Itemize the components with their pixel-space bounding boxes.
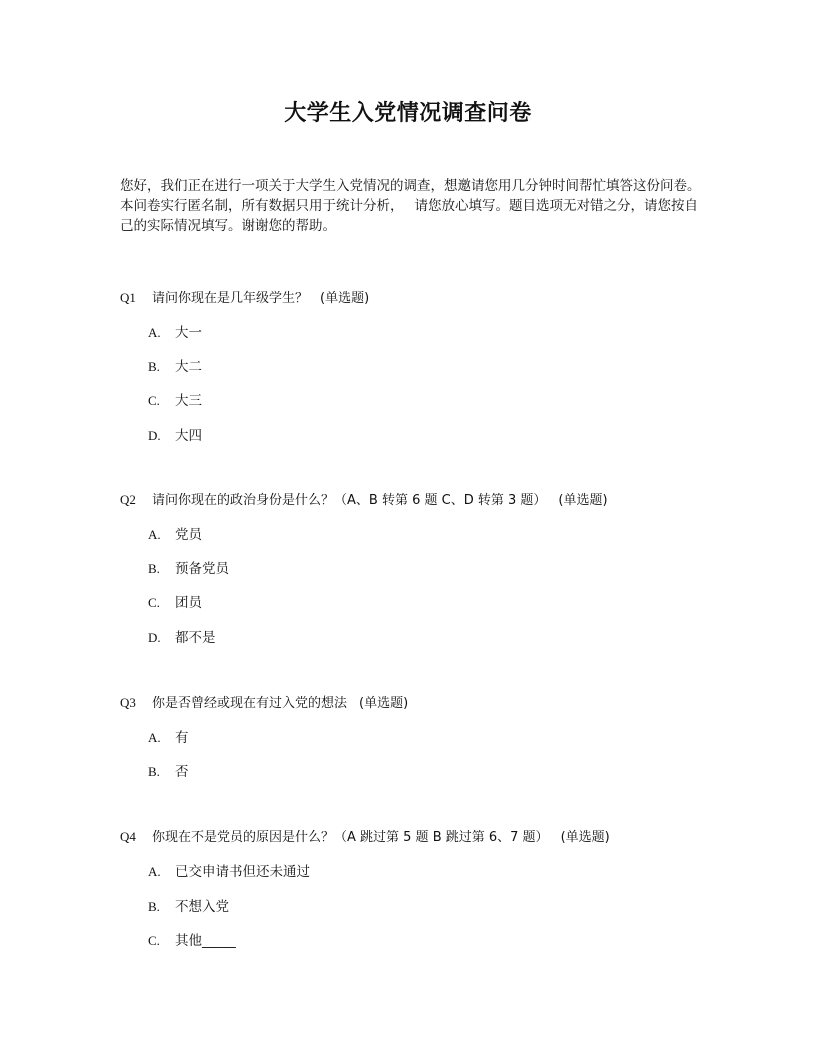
question-2: Q2请问你现在的政治身份是什么？（A、B 转第 6 题 C、D 转第 3 题）(… [120,489,608,508]
option-text: 有 [175,730,189,746]
option-q1-a[interactable]: A.大一 [148,321,202,341]
option-q1-c[interactable]: C.大三 [148,389,202,409]
option-letter: A. [148,730,175,746]
question-number: Q3 [120,695,152,711]
option-q2-d[interactable]: D.都不是 [148,626,216,646]
option-q2-a[interactable]: A.党员 [148,523,202,543]
option-text: 预备党员 [175,561,229,577]
question-type: (单选题) [320,291,369,306]
option-q2-c[interactable]: C.团员 [148,591,202,611]
option-text: 已交申请书但还未通过 [175,864,310,880]
option-text: 大三 [175,393,202,409]
option-text: 不想入党 [175,899,229,915]
intro-paragraph: 您好，我们正在进行一项关于大学生入党情况的调查，想邀请您用几分钟时间帮忙填答这份… [120,176,710,236]
option-letter: C. [148,933,175,949]
option-text: 否 [175,764,189,780]
question-text: 你现在不是党员的原因是什么？（A 跳过第 5 题 B 跳过第 6、7 题） [152,830,549,845]
option-letter: B. [148,764,175,780]
option-text: 都不是 [175,630,216,646]
option-letter: A. [148,325,175,341]
option-q1-d[interactable]: D.大四 [148,424,202,444]
option-letter: B. [148,359,175,375]
question-text: 你是否曾经或现在有过入党的想法 [152,696,347,711]
question-4: Q4你现在不是党员的原因是什么？（A 跳过第 5 题 B 跳过第 6、7 题）(… [120,826,610,845]
option-q3-a[interactable]: A.有 [148,726,189,746]
option-text: 其他_____ [175,933,236,949]
question-3: Q3你是否曾经或现在有过入党的想法(单选题) [120,692,408,711]
question-number: Q2 [120,492,152,508]
question-number: Q4 [120,829,152,845]
option-letter: C. [148,595,175,611]
option-text: 大四 [175,428,202,444]
option-letter: B. [148,561,175,577]
question-1: Q1请问你现在是几年级学生？(单选题) [120,287,369,306]
question-number: Q1 [120,290,152,306]
option-text: 团员 [175,595,202,611]
option-text: 大一 [175,325,202,341]
option-q4-c[interactable]: C.其他_____ [148,929,236,949]
question-text: 请问你现在是几年级学生？ [152,291,308,306]
option-q1-b[interactable]: B.大二 [148,355,202,375]
question-type: (单选题) [558,493,607,508]
option-text: 党员 [175,527,202,543]
option-letter: D. [148,630,175,646]
question-type: (单选题) [359,696,408,711]
question-type: (单选题) [561,830,610,845]
option-q4-b[interactable]: B.不想入党 [148,895,229,915]
option-text: 大二 [175,359,202,375]
document-title: 大学生入党情况调查问卷 [0,96,816,127]
option-letter: B. [148,899,175,915]
option-letter: A. [148,527,175,543]
option-q3-b[interactable]: B.否 [148,760,189,780]
option-q2-b[interactable]: B.预备党员 [148,557,229,577]
option-letter: A. [148,864,175,880]
option-letter: D. [148,428,175,444]
option-q4-a[interactable]: A.已交申请书但还未通过 [148,860,310,880]
question-text: 请问你现在的政治身份是什么？（A、B 转第 6 题 C、D 转第 3 题） [152,493,546,508]
option-letter: C. [148,393,175,409]
